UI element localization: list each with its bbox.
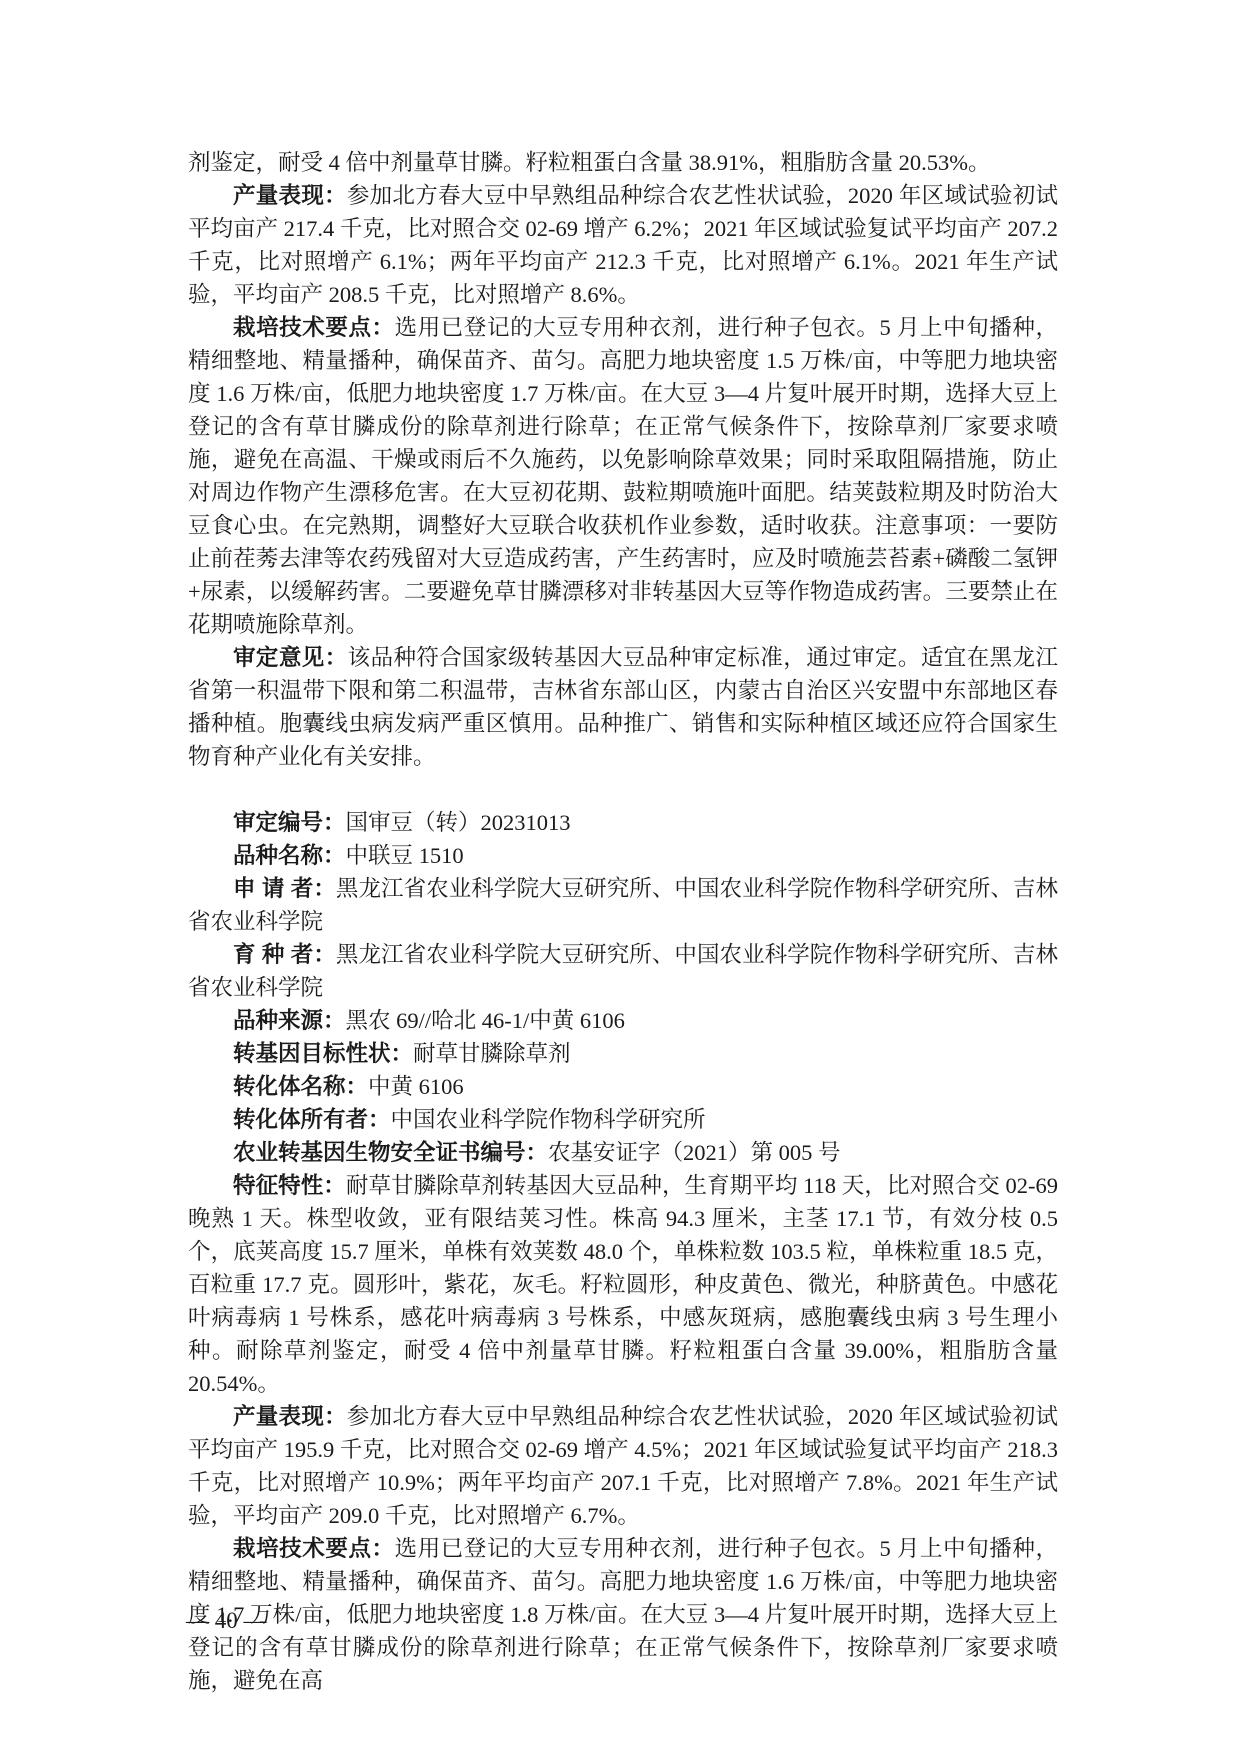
transformation-event-owner: 转化体所有者：中国农业科学院作物科学研究所 [188,1103,1058,1136]
variety-name: 品种名称：中联豆 1510 [188,839,1058,872]
cultivation-points-1-label: 栽培技术要点： [233,315,395,340]
herbicide-tolerance-continuation: 剂鉴定，耐受 4 倍中剂量草甘膦。籽粒粗蛋白含量 38.91%，粗脂肪含量 20… [188,146,1058,179]
document-page: 剂鉴定，耐受 4 倍中剂量草甘膦。籽粒粗蛋白含量 38.91%，粗脂肪含量 20… [0,0,1240,1754]
transformation-event-name-text: 中黄 6106 [368,1074,464,1099]
gm-target-trait-text: 耐草甘膦除草剂 [413,1041,571,1066]
gm-target-trait-label: 转基因目标性状： [233,1041,413,1066]
variety-name-label: 品种名称： [233,843,346,868]
gmo-safety-certificate-number-label: 农业转基因生物安全证书编号： [233,1140,548,1165]
characteristics: 特征特性：耐草甘膦除草剂转基因大豆品种，生育期平均 118 天，比对照合交 02… [188,1169,1058,1400]
variety-source-text: 黑农 69//哈北 46-1/中黄 6106 [346,1008,625,1033]
cultivation-points-2: 栽培技术要点：选用已登记的大豆专用种衣剂，进行种子包衣。5 月上中旬播种，精细整… [188,1532,1058,1697]
transformation-event-owner-label: 转化体所有者： [233,1107,391,1132]
cultivation-points-1: 栽培技术要点：选用已登记的大豆专用种衣剂，进行种子包衣。5 月上中旬播种，精细整… [188,311,1058,641]
gmo-safety-certificate-number-text: 农基安证字（2021）第 005 号 [548,1140,841,1165]
gm-target-trait: 转基因目标性状：耐草甘膦除草剂 [188,1037,1058,1070]
characteristics-label: 特征特性： [233,1173,346,1198]
variety-name-text: 中联豆 1510 [346,843,464,868]
cultivation-points-1-text: 选用已登记的大豆专用种衣剂，进行种子包衣。5 月上中旬播种，精细整地、精量播种，… [188,315,1058,637]
gmo-safety-certificate-number: 农业转基因生物安全证书编号：农基安证字（2021）第 005 号 [188,1136,1058,1169]
variety-source-label: 品种来源： [233,1008,346,1033]
approval-opinion: 审定意见：该品种符合国家级转基因大豆品种审定标准，通过审定。适宜在黑龙江省第一积… [188,641,1058,773]
page-number: — 40 — [186,1604,267,1637]
approval-number: 审定编号：国审豆（转）20231013 [188,806,1058,839]
document-body: 剂鉴定，耐受 4 倍中剂量草甘膦。籽粒粗蛋白含量 38.91%，粗脂肪含量 20… [188,146,1058,1697]
approval-number-text: 国审豆（转）20231013 [346,810,571,835]
yield-performance-2-label: 产量表现： [233,1404,347,1429]
cultivation-points-2-label: 栽培技术要点： [233,1536,395,1561]
approval-number-label: 审定编号： [233,810,346,835]
transformation-event-owner-text: 中国农业科学院作物科学研究所 [391,1107,706,1132]
yield-performance-1: 产量表现：参加北方春大豆中早熟组品种综合农艺性状试验，2020 年区域试验初试平… [188,179,1058,311]
breeder-label: 育 种 者： [233,942,336,967]
yield-performance-1-label: 产量表现： [233,183,347,208]
breeder: 育 种 者：黑龙江省农业科学院大豆研究所、中国农业科学院作物科学研究所、吉林省农… [188,938,1058,1004]
yield-performance-2: 产量表现：参加北方春大豆中早熟组品种综合农艺性状试验，2020 年区域试验初试平… [188,1400,1058,1532]
applicant-label: 申 请 者： [233,876,336,901]
characteristics-text: 耐草甘膦除草剂转基因大豆品种，生育期平均 118 天，比对照合交 02-69 晚… [188,1173,1058,1396]
applicant: 申 请 者：黑龙江省农业科学院大豆研究所、中国农业科学院作物科学研究所、吉林省农… [188,872,1058,938]
transformation-event-name: 转化体名称：中黄 6106 [188,1070,1058,1103]
approval-opinion-label: 审定意见： [233,645,348,670]
transformation-event-name-label: 转化体名称： [233,1074,368,1099]
variety-source: 品种来源：黑农 69//哈北 46-1/中黄 6106 [188,1004,1058,1037]
herbicide-tolerance-continuation-text: 剂鉴定，耐受 4 倍中剂量草甘膦。籽粒粗蛋白含量 38.91%，粗脂肪含量 20… [188,150,991,175]
